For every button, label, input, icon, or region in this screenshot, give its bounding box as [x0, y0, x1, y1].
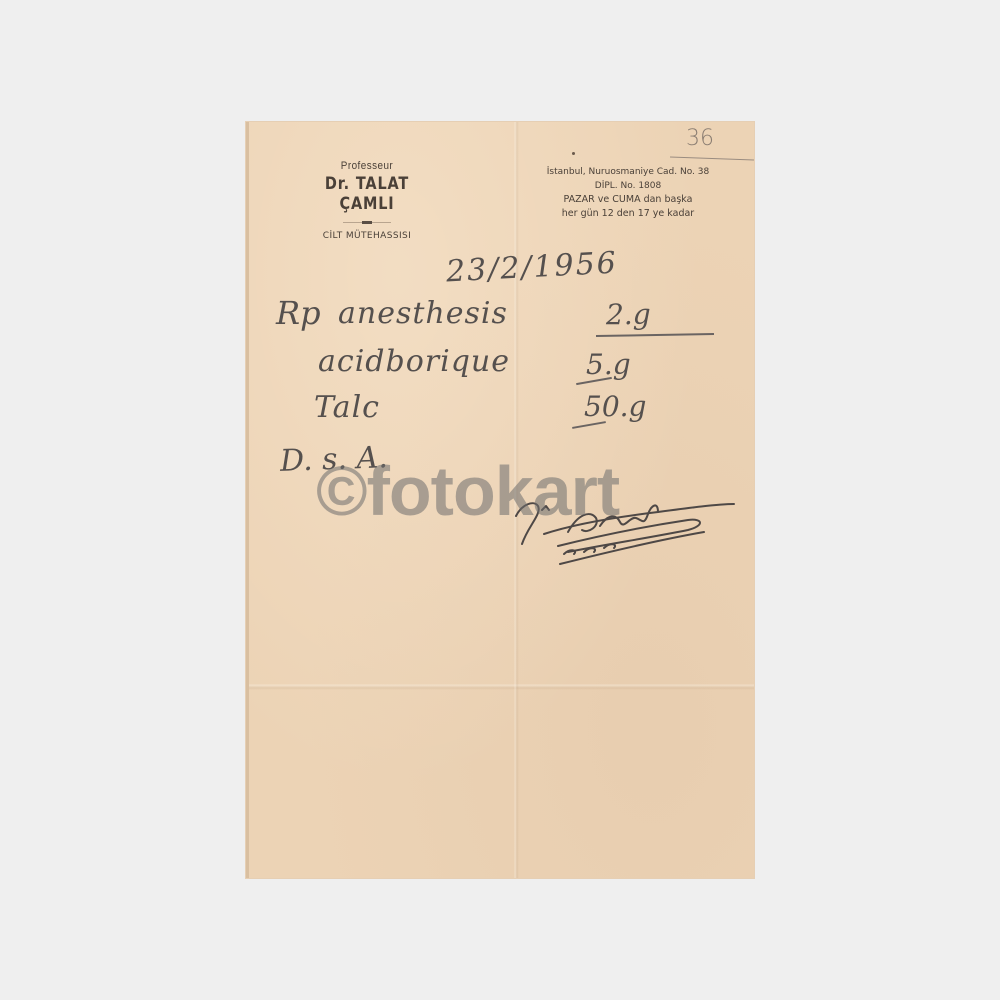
- diploma-number: DİPL. No. 1808: [518, 180, 738, 194]
- prescription-paper: Professeur Dr. TALAT ÇAMLI CİLT MÜTEHASS…: [246, 122, 754, 878]
- doctor-name: Dr. TALAT ÇAMLI: [295, 174, 440, 214]
- prescription-item-quantity: 2.g: [606, 298, 651, 331]
- prescription-item-quantity: 50.g: [584, 390, 646, 423]
- reference-number: 36: [686, 126, 714, 151]
- prescription-item-name: anesthesis: [338, 296, 508, 331]
- letterhead-right: İstanbul, Nuruosmaniye Cad. No. 38 DİPL.…: [518, 166, 738, 220]
- prescription-item-name: Talc: [314, 390, 380, 425]
- hours-line-2: her gün 12 den 17 ye kadar: [518, 207, 738, 221]
- usage-instruction: D. s. A.: [279, 440, 388, 479]
- doctor-signature: [508, 474, 738, 574]
- hours-line-1: PAZAR ve CUMA dan başka: [518, 193, 738, 207]
- rx-symbol: Rp: [276, 294, 321, 332]
- handwritten-date: 23/2/1956: [445, 246, 618, 290]
- prescription-item-name: acidborique: [318, 344, 510, 379]
- doctor-specialty: CİLT MÜTEHASSISI: [282, 231, 452, 241]
- doctor-title: Professeur: [291, 160, 444, 172]
- quantity-underline: [596, 333, 714, 337]
- divider-ornament: [343, 222, 391, 223]
- reference-underline: [670, 157, 754, 161]
- prescription-item-quantity: 5.g: [586, 348, 631, 381]
- letterhead-left: Professeur Dr. TALAT ÇAMLI CİLT MÜTEHASS…: [282, 160, 452, 241]
- ink-dot: [572, 152, 575, 155]
- clinic-address: İstanbul, Nuruosmaniye Cad. No. 38: [518, 166, 738, 180]
